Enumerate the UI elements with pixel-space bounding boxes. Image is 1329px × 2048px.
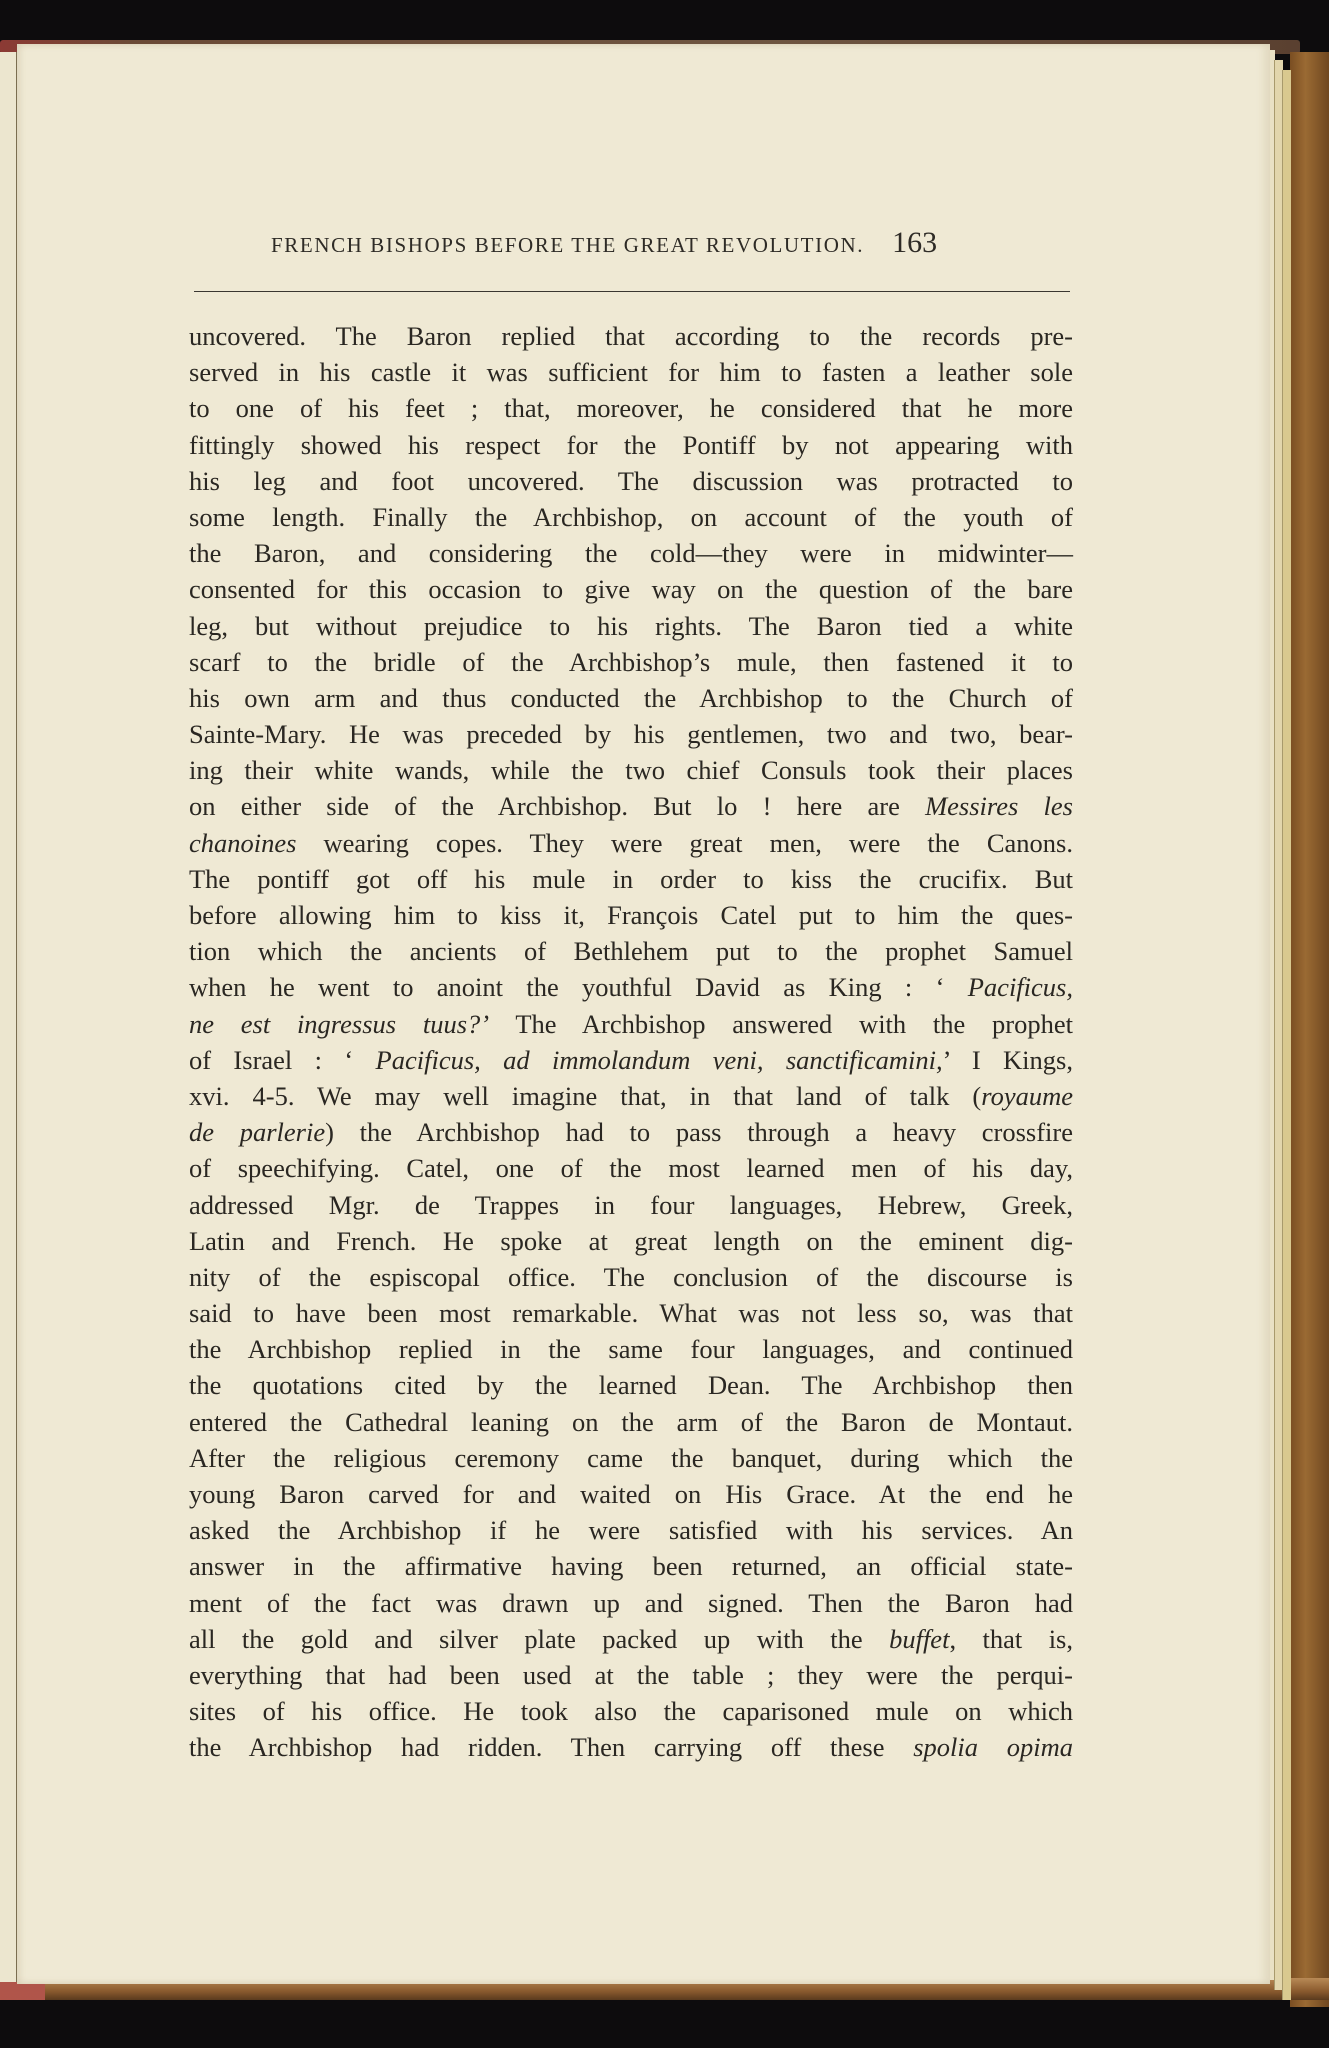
text-segment: served in his castle it was sufficient f… bbox=[189, 357, 1073, 387]
text-segment: wearing copes. They were great men, were… bbox=[296, 828, 1073, 858]
text-segment: young Baron carved for and waited on His… bbox=[189, 1479, 1073, 1509]
text-line: when he went to anoint the youthful Davi… bbox=[189, 969, 1073, 1005]
text-segment: scarf to the bridle of the Archbishop’s … bbox=[189, 647, 1073, 677]
text-line: scarf to the bridle of the Archbishop’s … bbox=[189, 644, 1073, 680]
text-segment: entered the Cathedral leaning on the arm… bbox=[189, 1407, 1073, 1437]
italic-text: ne est ingressus tuus?’ bbox=[189, 1009, 489, 1039]
italic-text: spolia opima bbox=[913, 1732, 1073, 1762]
facing-page-edge bbox=[0, 52, 17, 1982]
text-line: Sainte-Mary. He was preceded by his gent… bbox=[189, 716, 1073, 752]
text-line: the Archbishop replied in the same four … bbox=[189, 1331, 1073, 1367]
text-segment: of speechifying. Catel, one of the most … bbox=[189, 1153, 1073, 1183]
text-segment: to one of his feet ; that, moreover, he … bbox=[189, 393, 1073, 423]
italic-text: Messires les bbox=[925, 791, 1073, 821]
text-segment: answer in the affirmative having been re… bbox=[189, 1551, 1073, 1581]
text-line: on either side of the Archbishop. But lo… bbox=[189, 788, 1073, 824]
text-segment: when he went to anoint the youthful Davi… bbox=[189, 972, 968, 1002]
text-segment: The Archbishop answered with the prophet bbox=[489, 1009, 1073, 1039]
text-line: the Baron, and considering the cold—they… bbox=[189, 535, 1073, 571]
text-line: consented for this occasion to give way … bbox=[189, 571, 1073, 607]
text-segment: xvi. 4-5. We may well imagine that, in t… bbox=[189, 1081, 981, 1111]
text-line: the quotations cited by the learned Dean… bbox=[189, 1367, 1073, 1403]
text-segment: ing their white wands, while the two chi… bbox=[189, 755, 1073, 785]
text-line: before allowing him to kiss it, François… bbox=[189, 897, 1073, 933]
text-line: The pontiff got off his mule in order to… bbox=[189, 861, 1073, 897]
text-segment: the Archbishop replied in the same four … bbox=[189, 1334, 1073, 1364]
text-segment: consented for this occasion to give way … bbox=[189, 574, 1073, 604]
text-segment: the quotations cited by the learned Dean… bbox=[189, 1370, 1073, 1400]
text-segment: his own arm and thus conducted the Archb… bbox=[189, 683, 1073, 713]
text-line: ment of the fact was drawn up and signed… bbox=[189, 1585, 1073, 1621]
text-line: served in his castle it was sufficient f… bbox=[189, 354, 1073, 390]
text-line: to one of his feet ; that, moreover, he … bbox=[189, 390, 1073, 426]
text-segment: said to have been most remarkable. What … bbox=[189, 1298, 1073, 1328]
text-line: ne est ingressus tuus?’ The Archbishop a… bbox=[189, 1006, 1073, 1042]
text-segment: sites of his office. He took also the ca… bbox=[189, 1696, 1073, 1726]
text-segment: before allowing him to kiss it, François… bbox=[189, 900, 1073, 930]
text-segment: his leg and foot uncovered. The discussi… bbox=[189, 466, 1073, 496]
text-segment: leg, but without prejudice to his rights… bbox=[189, 611, 1073, 641]
text-segment: The pontiff got off his mule in order to… bbox=[189, 864, 1073, 894]
italic-text: chanoines bbox=[189, 828, 296, 858]
text-segment: tion which the ancients of Bethlehem put… bbox=[189, 936, 1073, 966]
text-segment: nity of the espiscopal office. The concl… bbox=[189, 1262, 1073, 1292]
text-line: xvi. 4-5. We may well imagine that, in t… bbox=[189, 1078, 1073, 1114]
text-segment: asked the Archbishop if he were satisfie… bbox=[189, 1515, 1073, 1545]
text-line: addressed Mgr. de Trappes in four langua… bbox=[189, 1187, 1073, 1223]
text-segment: fittingly showed his respect for the Pon… bbox=[189, 430, 1073, 460]
text-line: his own arm and thus conducted the Archb… bbox=[189, 680, 1073, 716]
text-line: said to have been most remarkable. What … bbox=[189, 1295, 1073, 1331]
text-segment: the Baron, and considering the cold—they… bbox=[189, 538, 1073, 568]
text-segment: ) the Archbishop had to pass through a h… bbox=[325, 1117, 1073, 1147]
page-number: 163 bbox=[892, 226, 937, 260]
text-line: answer in the affirmative having been re… bbox=[189, 1548, 1073, 1584]
page-stack-edge bbox=[1282, 70, 1291, 2000]
text-line: of speechifying. Catel, one of the most … bbox=[189, 1150, 1073, 1186]
text-segment: After the religious ceremony came the ba… bbox=[189, 1443, 1073, 1473]
text-segment: Sainte-Mary. He was preceded by his gent… bbox=[189, 719, 1073, 749]
text-segment: uncovered. The Baron replied that accord… bbox=[189, 321, 1073, 351]
italic-text: Pacificus, bbox=[968, 972, 1073, 1002]
text-line: sites of his office. He took also the ca… bbox=[189, 1693, 1073, 1729]
running-head-title: FRENCH BISHOPS BEFORE THE GREAT REVOLUTI… bbox=[271, 233, 864, 258]
text-segment: some length. Finally the Archbishop, on … bbox=[189, 502, 1073, 532]
text-line: of Israel : ‘ Pacificus, ad immolandum v… bbox=[189, 1042, 1073, 1078]
text-segment: the Archbishop had ridden. Then carrying… bbox=[189, 1732, 913, 1762]
text-line: nity of the espiscopal office. The concl… bbox=[189, 1259, 1073, 1295]
text-line: his leg and foot uncovered. The discussi… bbox=[189, 463, 1073, 499]
text-line: fittingly showed his respect for the Pon… bbox=[189, 427, 1073, 463]
italic-text: royaume bbox=[981, 1081, 1073, 1111]
text-line: chanoines wearing copes. They were great… bbox=[189, 825, 1073, 861]
text-segment: on either side of the Archbishop. But lo… bbox=[189, 791, 925, 821]
text-segment: of Israel : ‘ bbox=[189, 1045, 376, 1075]
text-line: Latin and French. He spoke at great leng… bbox=[189, 1223, 1073, 1259]
italic-text: buffet bbox=[889, 1624, 949, 1654]
text-line: some length. Finally the Archbishop, on … bbox=[189, 499, 1073, 535]
text-line: After the religious ceremony came the ba… bbox=[189, 1440, 1073, 1476]
text-line: tion which the ancients of Bethlehem put… bbox=[189, 933, 1073, 969]
text-line: de parlerie) the Archbishop had to pass … bbox=[189, 1114, 1073, 1150]
text-segment: all the gold and silver plate packed up … bbox=[189, 1624, 889, 1654]
text-segment: addressed Mgr. de Trappes in four langua… bbox=[189, 1190, 1073, 1220]
book-binding-right bbox=[1290, 52, 1329, 2007]
text-line: asked the Archbishop if he were satisfie… bbox=[189, 1512, 1073, 1548]
text-segment: , that is, bbox=[949, 1624, 1073, 1654]
text-segment: Latin and French. He spoke at great leng… bbox=[189, 1226, 1073, 1256]
text-line: leg, but without prejudice to his rights… bbox=[189, 608, 1073, 644]
text-line: all the gold and silver plate packed up … bbox=[189, 1621, 1073, 1657]
italic-text: de parlerie bbox=[189, 1117, 325, 1147]
text-segment: everything that had been used at the tab… bbox=[189, 1660, 1073, 1690]
body-text: uncovered. The Baron replied that accord… bbox=[189, 318, 1073, 1766]
italic-text: Pacificus, ad immolandum veni, sanctific… bbox=[376, 1045, 943, 1075]
text-line: ing their white wands, while the two chi… bbox=[189, 752, 1073, 788]
header-rule bbox=[194, 291, 1070, 292]
text-segment: ’ I Kings, bbox=[943, 1045, 1073, 1075]
text-line: everything that had been used at the tab… bbox=[189, 1657, 1073, 1693]
text-segment: ment of the fact was drawn up and signed… bbox=[189, 1588, 1073, 1618]
text-line: entered the Cathedral leaning on the arm… bbox=[189, 1404, 1073, 1440]
running-head: FRENCH BISHOPS BEFORE THE GREAT REVOLUTI… bbox=[271, 226, 1071, 266]
text-line: uncovered. The Baron replied that accord… bbox=[189, 318, 1073, 354]
text-line: young Baron carved for and waited on His… bbox=[189, 1476, 1073, 1512]
text-line: the Archbishop had ridden. Then carrying… bbox=[189, 1729, 1073, 1765]
